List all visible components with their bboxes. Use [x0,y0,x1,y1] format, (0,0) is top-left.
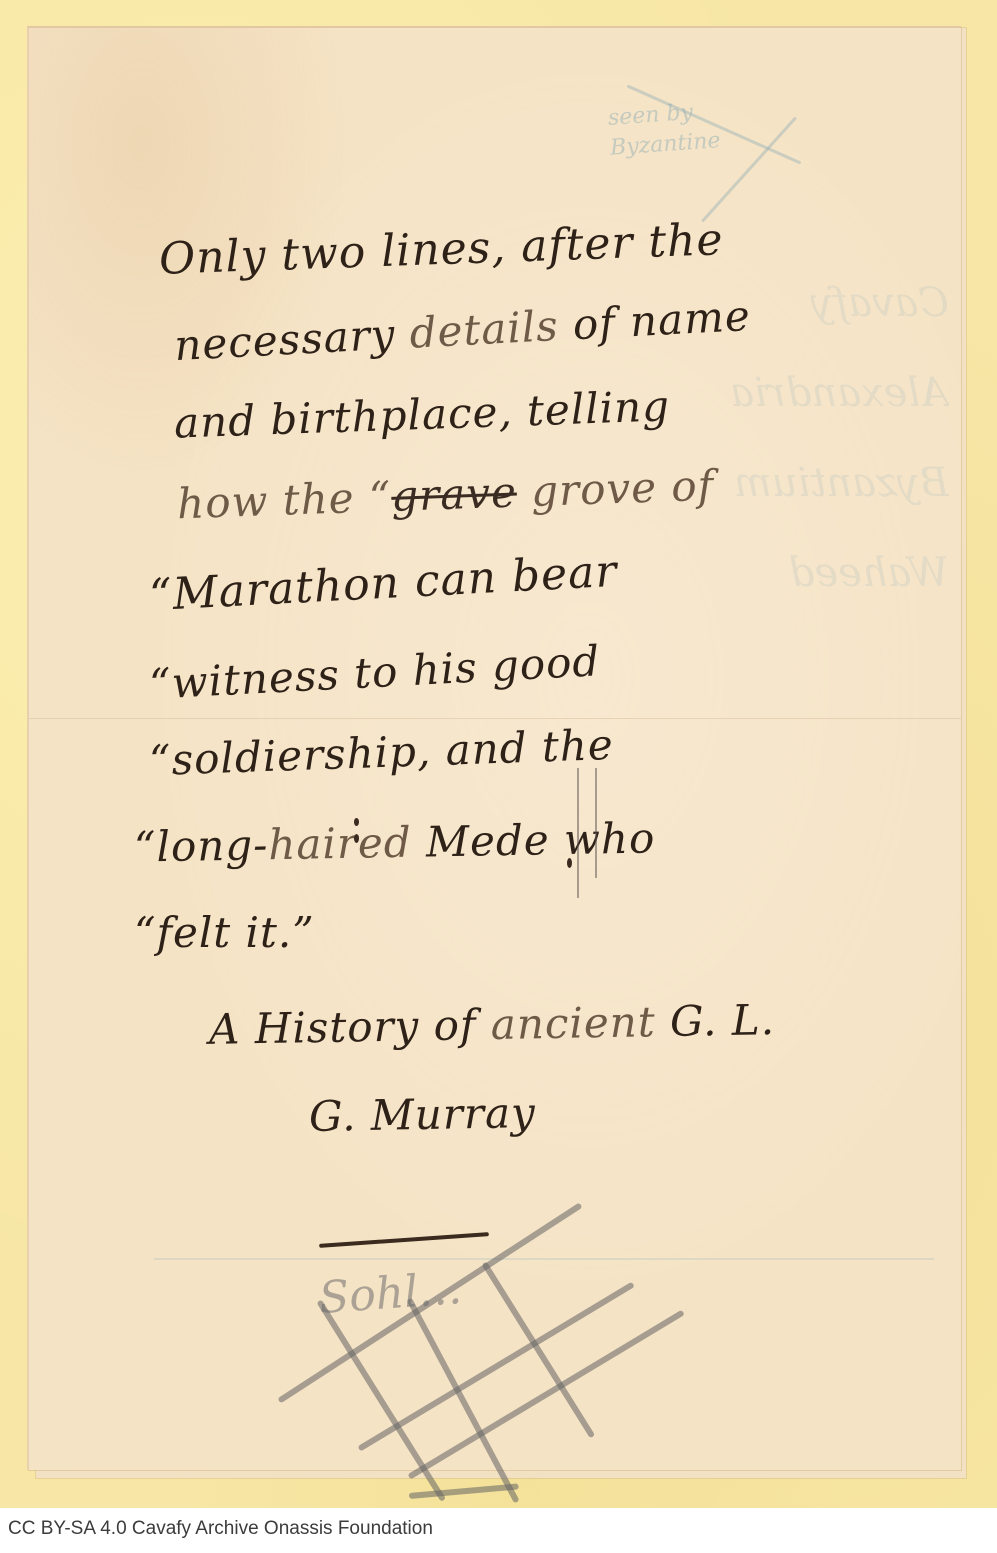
struck-word: grave [390,468,517,521]
line-segment: how the “ [176,472,392,528]
pencil-mark [595,768,597,878]
show-through-rule [154,1258,934,1260]
manuscript-line: “Marathon can bear [148,546,619,621]
ink-blot [567,858,572,868]
line-segment: A History of [209,1000,492,1054]
line-segment: grove of [516,461,715,517]
manuscript-line: Only two lines, after the [158,214,724,285]
handwritten-text: Only two lines, after the necessary deta… [29,28,961,1470]
faded-word: ancient [490,997,656,1049]
manuscript-line: “soldiership, and the [148,720,614,785]
manuscript-sheet: seen by Byzantine CavafyAlexandriaByzant… [27,26,961,1470]
faded-word: details [408,301,559,358]
line-segment: of name [557,291,752,350]
pencil-mark [577,768,579,898]
scan-viewport: seen by Byzantine CavafyAlexandriaByzant… [0,0,997,1553]
author-line: G. Murray [309,1088,537,1141]
credit-footer: CC BY-SA 4.0 Cavafy Archive Onassis Foun… [0,1508,997,1553]
license-credit: CC BY-SA 4.0 Cavafy Archive Onassis Foun… [8,1518,433,1540]
manuscript-line: necessary details of name [173,291,752,370]
manuscript-line: and birthplace, telling [173,381,670,447]
ink-blot [354,834,359,843]
line-segment: necessary [173,309,411,370]
manuscript-line: “felt it.” [134,908,315,957]
manuscript-line: “witness to his good [148,636,601,709]
ink-blot [354,818,359,826]
line-segment: “long- [134,820,269,871]
manuscript-line: how the “grave grove of [176,461,715,529]
citation-line: A History of ancient G. L. [209,995,776,1054]
faded-word: haired [268,818,412,869]
line-segment: G. L. [655,995,775,1046]
line-segment: Mede who [411,813,655,866]
